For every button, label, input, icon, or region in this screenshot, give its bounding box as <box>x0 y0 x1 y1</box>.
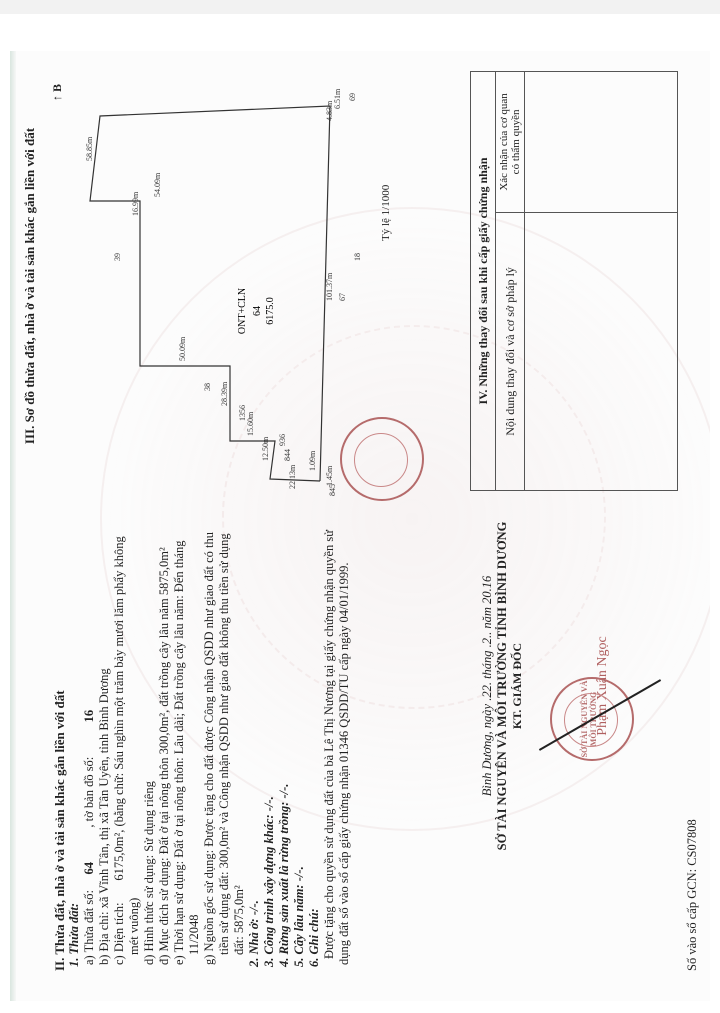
notes-line-1: Được tặng cho quyền sử dụng đất của bà L… <box>322 541 337 971</box>
section-3: III. Sơ đồ thửa đất, nhà ở và tài sản kh… <box>22 71 38 501</box>
svg-text:1356: 1356 <box>238 405 247 421</box>
section-2-title: II. Thửa đất, nhà ở và tài sản khác gắn … <box>52 541 67 971</box>
parcel-number-label: a) Thửa đất số: <box>82 890 96 965</box>
map-sheet-label: , tờ bản đồ số: <box>82 757 96 828</box>
section-3-title: III. Sơ đồ thửa đất, nhà ở và tài sản kh… <box>22 71 38 501</box>
viewer-top-bar <box>0 0 720 14</box>
page-edge <box>10 51 16 1001</box>
svg-text:1.09m: 1.09m <box>308 450 317 471</box>
confirmation-column-header: Xác nhận của cơ quan có thẩm quyền <box>496 72 525 213</box>
svg-text:6175.0: 6175.0 <box>265 297 276 325</box>
section-2: II. Thửa đất, nhà ở và tài sản khác gắn … <box>52 541 352 971</box>
area-label: c) Diện tích: <box>112 903 126 965</box>
svg-text:18: 18 <box>353 253 362 261</box>
signer-role: KT. GIÁM ĐỐC <box>510 521 525 851</box>
svg-text:4.83m: 4.83m <box>325 100 334 121</box>
perennial-line: 5. Cây lâu năm: -/-. <box>292 541 307 971</box>
svg-text:50.09m: 50.09m <box>178 336 187 361</box>
parcel-outline: ONT+CLN 64 6175.0 12.50m15.60m28.39m50.0… <box>70 81 370 501</box>
certificate-page: II. Thửa đất, nhà ở và tài sản khác gắn … <box>10 51 710 1001</box>
parcel-number-line: a) Thửa đất số: 64 , tờ bản đồ số: 16 <box>82 541 97 971</box>
svg-text:12.50m: 12.50m <box>261 436 270 461</box>
parcel-number: 64 <box>82 862 96 875</box>
svg-text:69: 69 <box>348 93 357 101</box>
forest-line: 4. Rừng sản xuất là rừng trồng: -/-. <box>277 541 292 971</box>
land-parcel-heading: 1. Thửa đất: <box>67 541 82 971</box>
usage-term-cont: 11/2048 <box>187 541 202 971</box>
scale-label: Tỷ lệ 1/1000 <box>380 185 392 241</box>
svg-text:16.99m: 16.99m <box>131 191 140 216</box>
svg-text:15.60m: 15.60m <box>246 411 255 436</box>
area-value: 6175,0m², (bằng chữ: Sáu nghìn một trăm … <box>112 536 126 880</box>
notes-heading: 6. Ghi chú: <box>307 541 322 971</box>
changes-column-header: Nội dung thay đổi và cơ sở pháp lý <box>496 212 525 490</box>
usage-origin-cont-2: đất: 5875,0m² <box>232 541 247 971</box>
svg-text:845: 845 <box>328 484 337 496</box>
house-line: 2. Nhà ở: -/-. <box>247 541 262 971</box>
svg-text:58.85m: 58.85m <box>85 136 94 161</box>
svg-text:67: 67 <box>338 293 347 301</box>
usage-origin-line: g) Nguồn gốc sử dụng: Được tặng cho đất … <box>202 541 217 971</box>
map-sheet-number: 16 <box>82 710 96 723</box>
usage-origin-cont-1: tiền sử dụng đất: 300,0m² và Công nhận Q… <box>217 541 232 971</box>
area-line: c) Diện tích: 6175,0m², (bằng chữ: Sáu n… <box>112 541 127 971</box>
usage-form-line: d) Hình thức sử dụng: Sử dụng riêng <box>142 541 157 971</box>
north-label: B <box>50 84 64 92</box>
parcel-diagram: ONT+CLN 64 6175.0 12.50m15.60m28.39m50.0… <box>70 81 370 501</box>
svg-text:22.13m: 22.13m <box>288 464 297 489</box>
svg-text:1.45m: 1.45m <box>325 465 334 486</box>
north-arrow-icon: ↑ <box>50 95 64 101</box>
svg-text:6.51m: 6.51m <box>333 88 342 109</box>
usage-term-line: e) Thời hạn sử dụng: Đất ở tại nông thôn… <box>172 541 187 971</box>
svg-text:101.37m: 101.37m <box>325 272 334 301</box>
issuing-office: SỞ TÀI NGUYÊN VÀ MÔI TRƯỜNG TỈNH BÌNH DƯ… <box>495 521 510 851</box>
section-4-title: IV. Những thay đổi sau khi cấp giấy chứn… <box>471 72 496 491</box>
svg-text:28.39m: 28.39m <box>220 381 229 406</box>
changes-cell <box>525 212 678 490</box>
svg-text:54.09m: 54.09m <box>153 172 162 197</box>
svg-text:38: 38 <box>203 383 212 391</box>
date-line: Bình Dương, ngày .22. tháng .2.. năm 20.… <box>480 521 495 851</box>
usage-purpose-line: đ) Mục đích sử dụng: Đất ở tại nông thôn… <box>157 541 172 971</box>
registry-number: Số vào sổ cấp GCN: CS07808 <box>685 819 700 971</box>
north-arrow: ↑ B <box>50 84 65 101</box>
other-works-line: 3. Công trình xây dựng khác: -/-. <box>262 541 277 971</box>
confirmation-cell <box>525 72 678 213</box>
svg-text:844: 844 <box>283 449 292 461</box>
svg-text:39: 39 <box>113 253 122 261</box>
svg-text:ONT+CLN: ONT+CLN <box>237 288 248 334</box>
confirmation-header-line-2: có thẩm quyền <box>510 73 522 211</box>
address-line: b) Địa chỉ: xã Vĩnh Tân, thị xã Tân Uyên… <box>97 541 112 971</box>
section-4: IV. Những thay đổi sau khi cấp giấy chứn… <box>470 71 678 491</box>
changes-table: IV. Những thay đổi sau khi cấp giấy chứn… <box>470 71 678 491</box>
notes-line-2: dụng đất số vào sổ cấp giấy chứng nhận 0… <box>337 541 352 971</box>
svg-text:936: 936 <box>278 434 287 446</box>
confirmation-header-line-1: Xác nhận của cơ quan <box>498 73 510 211</box>
svg-text:64: 64 <box>252 306 263 316</box>
area-line-cont: mét vuông) <box>127 541 142 971</box>
